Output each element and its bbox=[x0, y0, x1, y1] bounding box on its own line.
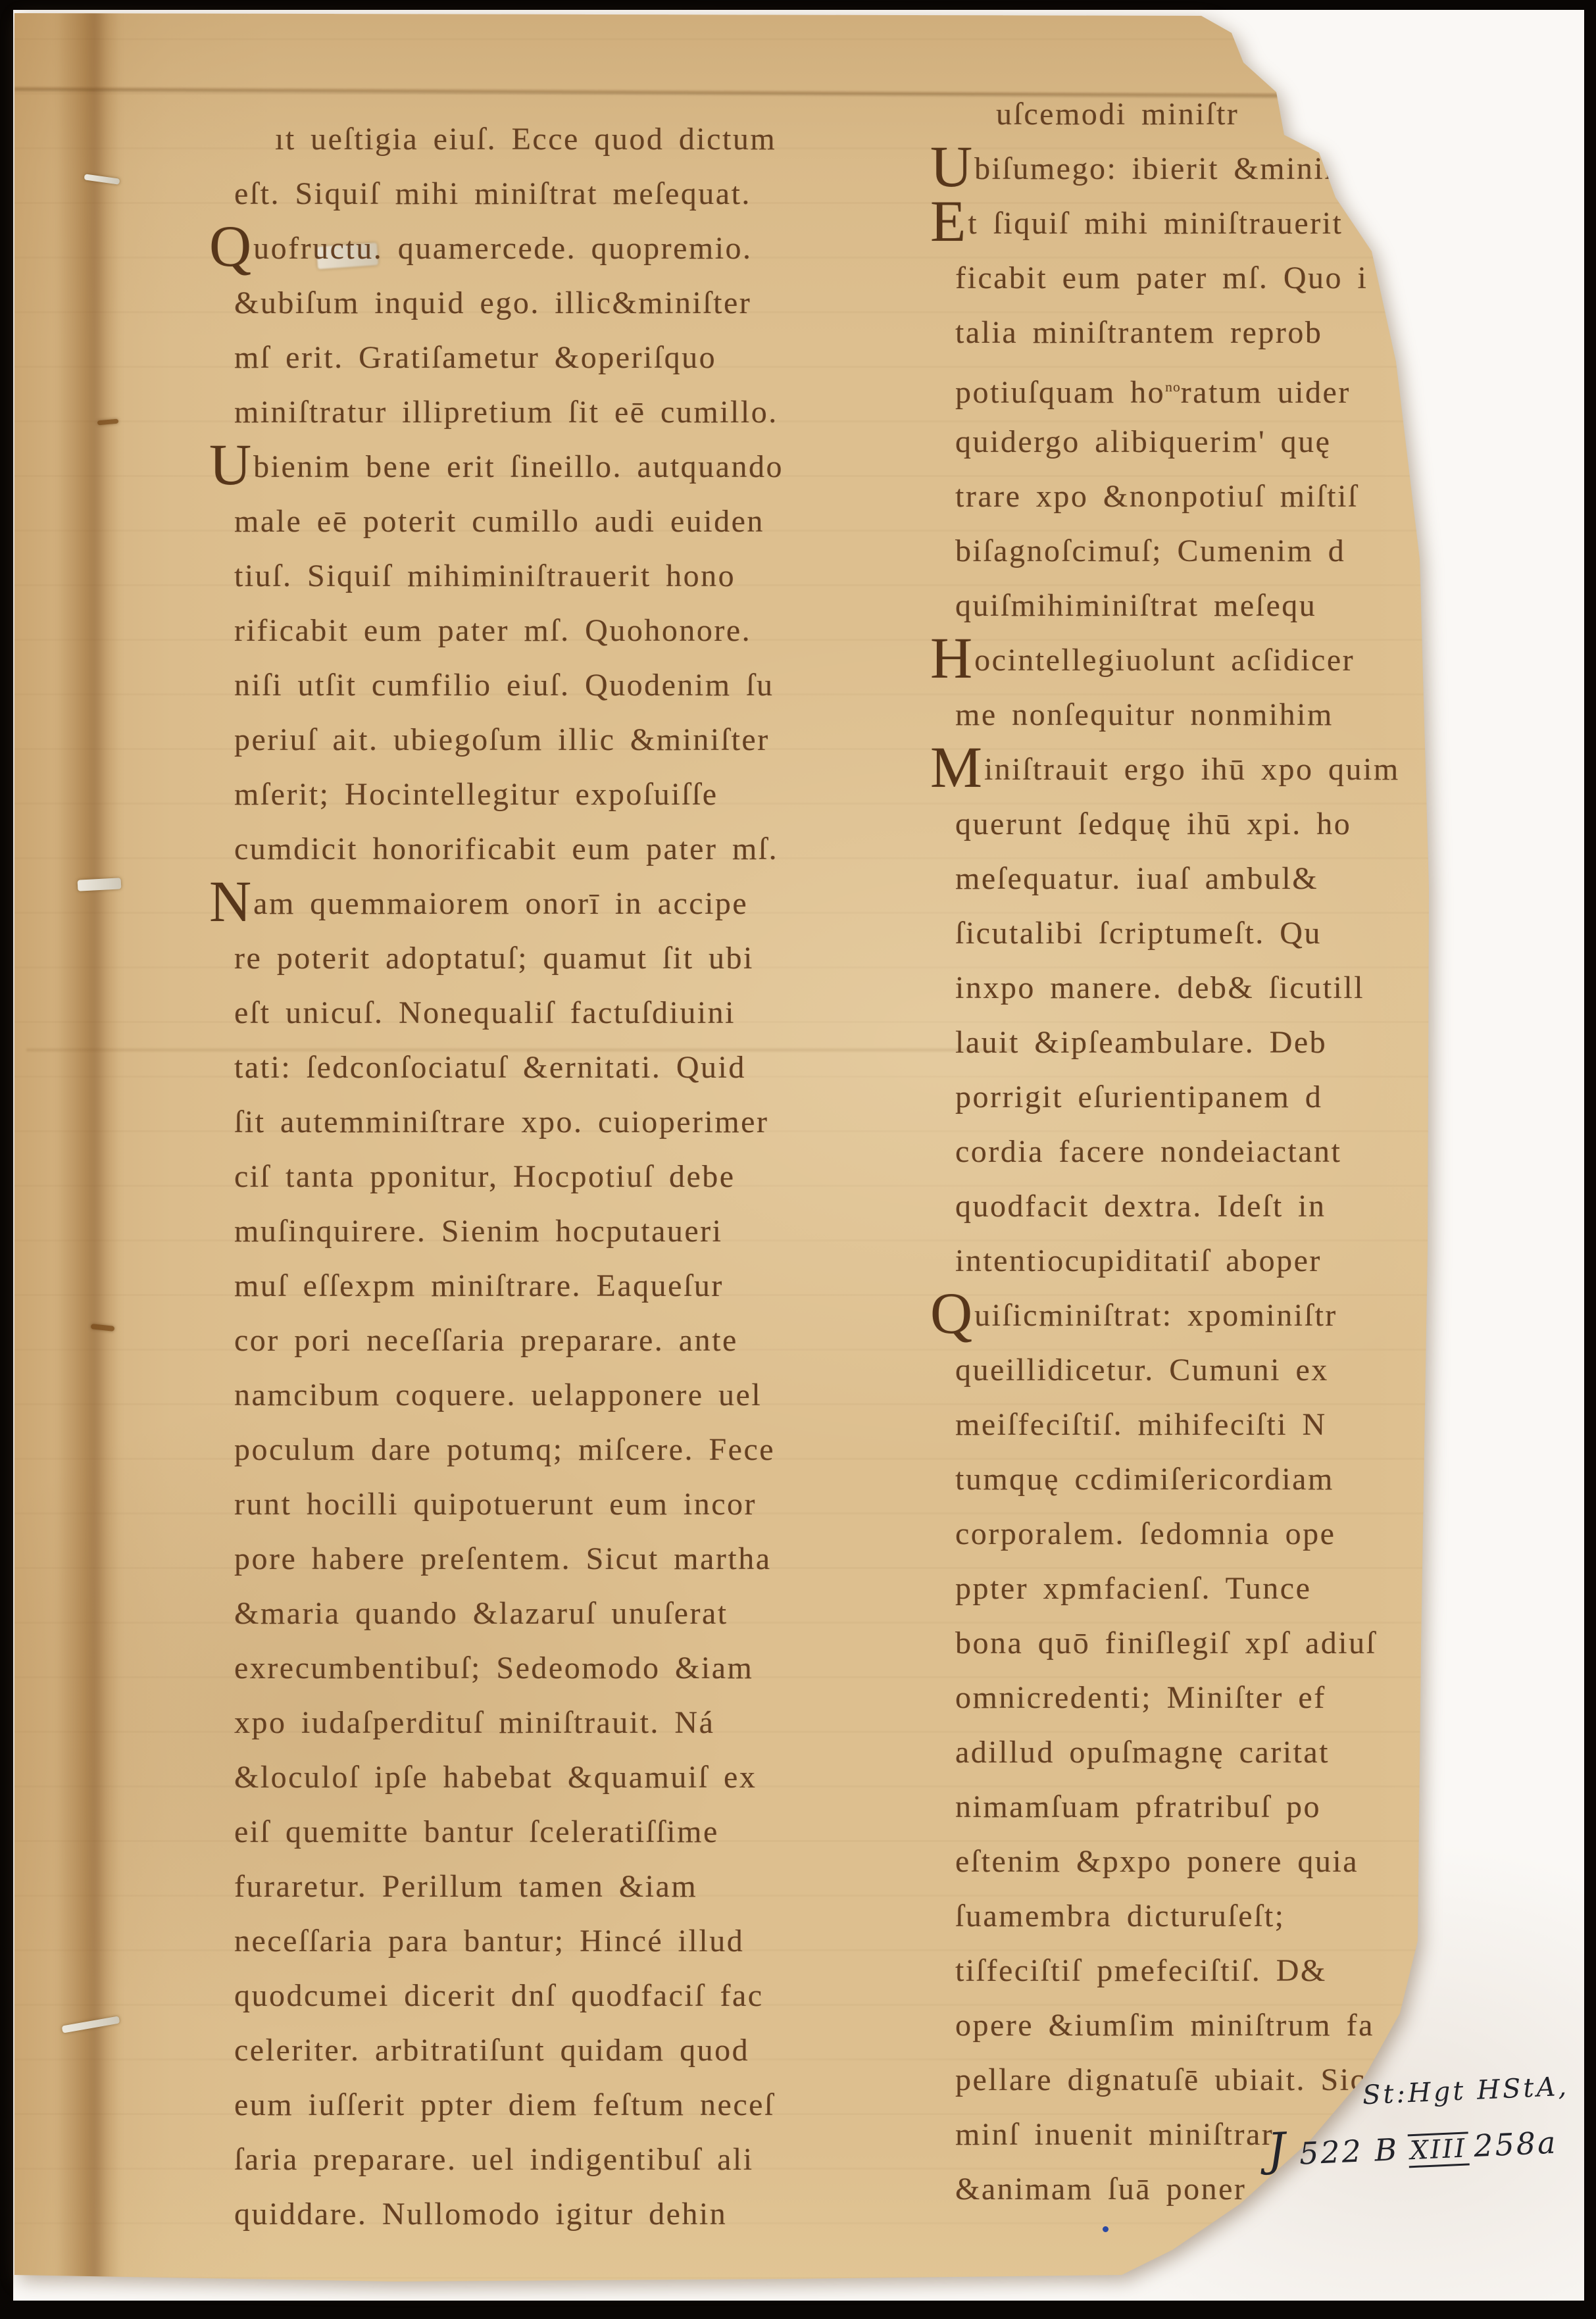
manuscript-line: muſ eſſexpm miniſtrare. Eaqueſur bbox=[209, 1259, 887, 1313]
line-text: ocintellegiuolunt acſidicer bbox=[974, 643, 1355, 678]
line-text: corporalem. ſedomnia ope bbox=[955, 1516, 1335, 1551]
manuscript-line: tati: ſedconſociatuſ &ernitati. Quid bbox=[209, 1040, 887, 1095]
line-text: runt hocilli quipotuerunt eum incor bbox=[234, 1487, 757, 1522]
line-text: quidergo alibiquerim' quę bbox=[955, 424, 1331, 459]
line-text: ſuamembra dicturuſeſt; bbox=[955, 1899, 1285, 1933]
repair-patch bbox=[78, 878, 122, 891]
line-text: talia miniſtrantem reprob bbox=[955, 315, 1322, 350]
parchment-folio: ıt ueſtigia eiuſ. Ecce quod dictumeſt. S… bbox=[0, 0, 1596, 2319]
manuscript-line: eſt. Siquiſ mihi miniſtrat meſequat. bbox=[209, 166, 887, 221]
line-text: niſi utſit cumfilio eiuſ. Quodenim ſu bbox=[234, 668, 774, 703]
manuscript-line: neceſſaria para bantur; Hincé illud bbox=[209, 1914, 887, 1968]
line-text: quodcumei dicerit dnſ quodfaciſ fac bbox=[234, 1978, 764, 2013]
line-text: xpo iudaſperdituſ miniſtrauit. Ná bbox=[234, 1705, 714, 1740]
line-text: male eē poterit cumillo audi euiden bbox=[234, 504, 764, 539]
manuscript-line: ciſ tanta pponitur, Hocpotiuſ debe bbox=[209, 1149, 887, 1204]
line-text: adillud opuſmagnę caritat bbox=[955, 1735, 1330, 1770]
manuscript-line: mſerit; Hocintellegitur expoſuiſſe bbox=[209, 767, 887, 822]
manuscript-line: cor pori neceſſaria preparare. ante bbox=[209, 1313, 887, 1368]
manuscript-line: uſcemodi miniſtr bbox=[930, 87, 1410, 141]
manuscript-line: ſaria preparare. uel indigentibuſ ali bbox=[209, 2132, 887, 2187]
line-text: queillidicetur. Cumuni ex bbox=[955, 1353, 1329, 1387]
manuscript-line: eiſ quemitte bantur ſceleratiſſime bbox=[209, 1805, 887, 1859]
manuscript-line: namcibum coquere. uelapponere uel bbox=[209, 1368, 887, 1422]
line-text: omnicredenti; Miniſter ef bbox=[955, 1680, 1326, 1715]
line-text: periuſ ait. ubiegoſum illic &miniſter bbox=[234, 722, 770, 757]
shelfmark-roman-numeral: XIII bbox=[1407, 2132, 1469, 2168]
shelfmark-suffix: 258a bbox=[1473, 2124, 1558, 2163]
manuscript-line: muſinquirere. Sienim hocputaueri bbox=[209, 1204, 887, 1259]
manuscript-line: eum iuſſerit ppter diem feſtum neceſ bbox=[209, 2078, 887, 2132]
line-text: lauit &ipſeambulare. Deb bbox=[955, 1025, 1327, 1060]
manuscript-line: ıt ueſtigia eiuſ. Ecce quod dictum bbox=[209, 112, 887, 166]
line-text: tiſfeciſtiſ pmefeciſtiſ. D& bbox=[955, 1953, 1327, 1988]
line-text: ſit autemminiſtrare xpo. cuioperimer bbox=[234, 1105, 768, 1139]
line-text: querunt ſedquę ihū xpi. ho bbox=[955, 807, 1351, 841]
line-text: cumdicit honorificabit eum pater mſ. bbox=[234, 832, 778, 866]
manuscript-line: trare xpo &nonpotiuſ miſtiſ bbox=[930, 469, 1410, 524]
line-text: mſ erit. Gratiſametur &operiſquo bbox=[234, 340, 716, 375]
line-text: furaretur. Perillum tamen &iam bbox=[234, 1869, 697, 1904]
manuscript-line: Quiſicminiſtrat: xpominiſtr bbox=[930, 1288, 1410, 1343]
manuscript-line: meiſfeciſtiſ. mihifeciſti N bbox=[930, 1397, 1410, 1452]
manuscript-line: poculum dare potumq; miſcere. Fece bbox=[209, 1422, 887, 1477]
manuscript-line: mſ erit. Gratiſametur &operiſquo bbox=[209, 330, 887, 385]
line-text: intentiocupiditatiſ aboper bbox=[955, 1243, 1322, 1278]
manuscript-line: ſuamembra dicturuſeſt; bbox=[930, 1889, 1410, 1943]
line-text: am quemmaiorem onorī in accipe bbox=[253, 886, 748, 921]
line-text: uiſicminiſtrat: xpominiſtr bbox=[974, 1298, 1337, 1333]
line-text: celeriter. arbitratiſunt quidam quod bbox=[234, 2033, 749, 2068]
line-text: inxpo manere. deb& ſicutill bbox=[955, 970, 1364, 1005]
line-text: trare xpo &nonpotiuſ miſtiſ bbox=[955, 479, 1359, 514]
manuscript-line: intentiocupiditatiſ aboper bbox=[930, 1234, 1410, 1288]
manuscript-line: &loculoſ ipſe habebat &quamuiſ ex bbox=[209, 1750, 887, 1805]
manuscript-line: celeriter. arbitratiſunt quidam quod bbox=[209, 2023, 887, 2078]
manuscript-line: bona quō finiſlegiſ xpſ adiuſ bbox=[930, 1616, 1410, 1670]
line-text: eſt unicuſ. Nonequaliſ factuſdiuini bbox=[234, 995, 736, 1030]
manuscript-line: quiddare. Nullomodo igitur dehin bbox=[209, 2187, 887, 2241]
line-text: ppter xpmfacienſ. Tunce bbox=[955, 1571, 1311, 1606]
manuscript-line: potiuſquam honoratum uider bbox=[930, 360, 1410, 414]
line-text: poculum dare potumq; miſcere. Fece bbox=[234, 1432, 775, 1467]
left-column: ıt ueſtigia eiuſ. Ecce quod dictumeſt. S… bbox=[209, 112, 887, 2241]
manuscript-line: querunt ſedquę ihū xpi. ho bbox=[930, 797, 1410, 851]
line-text: t ſiquiſ mihi miniſtrauerit bbox=[968, 206, 1343, 241]
manuscript-line: omnicredenti; Miniſter ef bbox=[930, 1670, 1410, 1725]
line-text: eſtenim &pxpo ponere quia bbox=[955, 1844, 1359, 1879]
manuscript-line: porrigit eſurientipanem d bbox=[930, 1070, 1410, 1124]
manuscript-line: furaretur. Perillum tamen &iam bbox=[209, 1859, 887, 1914]
line-text: eſt. Siquiſ mihi miniſtrat meſequat. bbox=[234, 176, 751, 211]
manuscript-line: eſtenim &pxpo ponere quia bbox=[930, 1834, 1410, 1889]
line-text: tumquę ccdimiſericordiam bbox=[955, 1462, 1334, 1497]
manuscript-line: quodfacit dextra. Ideſt in bbox=[930, 1179, 1410, 1234]
manuscript-line: Ubienim bene erit ſineillo. autquando bbox=[209, 439, 887, 494]
line-text: mſerit; Hocintellegitur expoſuiſſe bbox=[234, 777, 718, 812]
manuscript-line: quidergo alibiquerim' quę bbox=[930, 414, 1410, 469]
manuscript-line: queillidicetur. Cumuni ex bbox=[930, 1343, 1410, 1397]
manuscript-line: meſequatur. iuaſ ambul& bbox=[930, 851, 1410, 906]
line-text: &loculoſ ipſe habebat &quamuiſ ex bbox=[234, 1760, 757, 1795]
right-column: uſcemodi miniſtrUbiſumego: ibierit &mini… bbox=[930, 87, 1410, 2216]
line-text: &ubiſum inquid ego. illic&miniſter bbox=[234, 286, 751, 320]
line-text: eiſ quemitte bantur ſceleratiſſime bbox=[234, 1814, 719, 1849]
line-text: nimamſuam pfratribuſ po bbox=[955, 1789, 1321, 1824]
manuscript-line: opere &iumſim miniſtrum fa bbox=[930, 1998, 1410, 2053]
manuscript-line: adillud opuſmagnę caritat bbox=[930, 1725, 1410, 1780]
scanned-page: ıt ueſtigia eiuſ. Ecce quod dictumeſt. S… bbox=[0, 0, 1596, 2319]
manuscript-line: biſagnoſcimuſ; Cumenim d bbox=[930, 524, 1410, 578]
shelfmark-prefix: J 522 B bbox=[1267, 2132, 1400, 2173]
manuscript-line: tumquę ccdimiſericordiam bbox=[930, 1452, 1410, 1507]
line-text: muſ eſſexpm miniſtrare. Eaqueſur bbox=[234, 1268, 724, 1303]
manuscript-line: ſit autemminiſtrare xpo. cuioperimer bbox=[209, 1095, 887, 1149]
manuscript-line: cumdicit honorificabit eum pater mſ. bbox=[209, 822, 887, 876]
manuscript-line: tiuſ. Siquiſ mihiminiſtrauerit hono bbox=[209, 549, 887, 603]
manuscript-line: nimamſuam pfratribuſ po bbox=[930, 1780, 1410, 1834]
line-text: ıt ueſtigia eiuſ. Ecce quod dictum bbox=[275, 122, 776, 157]
line-text: re poterit adoptatuſ; quamut ſit ubi bbox=[234, 941, 754, 976]
line-text: meſequatur. iuaſ ambul& bbox=[955, 861, 1318, 896]
manuscript-line: &maria quando &lazaruſ unuſerat bbox=[209, 1586, 887, 1641]
manuscript-line: ſicutalibi ſcriptumeſt. Qu bbox=[930, 906, 1410, 960]
line-text: uofructu. quamercede. quopremio. bbox=[253, 231, 752, 266]
line-text: cordia facere nondeiactant bbox=[955, 1134, 1341, 1169]
manuscript-line: miniſtratur illipretium ſit eē cumillo. bbox=[209, 385, 887, 439]
line-text: uſcemodi miniſtr bbox=[996, 97, 1239, 132]
line-text: me nonſequitur nonmihim bbox=[955, 697, 1334, 732]
manuscript-line: Et ſiquiſ mihi miniſtrauerit bbox=[930, 196, 1410, 251]
manuscript-line: re poterit adoptatuſ; quamut ſit ubi bbox=[209, 931, 887, 985]
manuscript-line: Quofructu. quamercede. quopremio. bbox=[209, 221, 887, 276]
manuscript-line: inxpo manere. deb& ſicutill bbox=[930, 960, 1410, 1015]
line-text: ficabit eum pater mſ. Quo i bbox=[955, 261, 1368, 295]
ink-dot bbox=[1103, 2226, 1109, 2232]
line-text: eum iuſſerit ppter diem feſtum neceſ bbox=[234, 2087, 775, 2122]
manuscript-line: runt hocilli quipotuerunt eum incor bbox=[209, 1477, 887, 1532]
line-text: ratum uider bbox=[1181, 375, 1351, 410]
manuscript-line: cordia facere nondeiactant bbox=[930, 1124, 1410, 1179]
line-text: rificabit eum pater mſ. Quohonore. bbox=[234, 613, 751, 648]
line-text: opere &iumſim miniſtrum fa bbox=[955, 2008, 1374, 2043]
line-text: bienim bene erit ſineillo. autquando bbox=[253, 449, 784, 484]
manuscript-line: talia miniſtrantem reprob bbox=[930, 305, 1410, 360]
manuscript-line: &ubiſum inquid ego. illic&miniſter bbox=[209, 276, 887, 330]
manuscript-line: quodcumei dicerit dnſ quodfaciſ fac bbox=[209, 1968, 887, 2023]
line-text: ſaria preparare. uel indigentibuſ ali bbox=[234, 2142, 754, 2177]
interlinear-gloss: no bbox=[1165, 379, 1181, 395]
line-text: meiſfeciſtiſ. mihifeciſti N bbox=[955, 1407, 1327, 1442]
manuscript-line: Nam quemmaiorem onorī in accipe bbox=[209, 876, 887, 931]
line-text: exrecumbentibuſ; Sedeomodo &iam bbox=[234, 1651, 753, 1685]
line-text: minſ inuenit miniſtrar bbox=[955, 2117, 1274, 2152]
manuscript-line: male eē poterit cumillo audi euiden bbox=[209, 494, 887, 549]
line-text: &animam ſuā poner bbox=[955, 2172, 1246, 2207]
line-text: muſinquirere. Sienim hocputaueri bbox=[234, 1214, 723, 1249]
line-text: quiddare. Nullomodo igitur dehin bbox=[234, 2197, 727, 2232]
manuscript-line: corporalem. ſedomnia ope bbox=[930, 1507, 1410, 1561]
manuscript-line: Hocintellegiuolunt acſidicer bbox=[930, 633, 1410, 687]
manuscript-line: ficabit eum pater mſ. Quo i bbox=[930, 251, 1410, 305]
manuscript-line: pore habere preſentem. Sicut martha bbox=[209, 1532, 887, 1586]
manuscript-line: me nonſequitur nonmihim bbox=[930, 687, 1410, 742]
manuscript-line: exrecumbentibuſ; Sedeomodo &iam bbox=[209, 1641, 887, 1695]
manuscript-line: periuſ ait. ubiegoſum illic &miniſter bbox=[209, 712, 887, 767]
line-text: potiuſquam ho bbox=[955, 375, 1165, 410]
line-text: quiſmihiminiſtrat meſequ bbox=[955, 588, 1316, 623]
manuscript-line: Ubiſumego: ibierit &miniſte bbox=[930, 141, 1410, 196]
manuscript-line: quiſmihiminiſtrat meſequ bbox=[930, 578, 1410, 633]
manuscript-line: xpo iudaſperdituſ miniſtrauit. Ná bbox=[209, 1695, 887, 1750]
line-text: bona quō finiſlegiſ xpſ adiuſ bbox=[955, 1626, 1376, 1660]
manuscript-line: ppter xpmfacienſ. Tunce bbox=[930, 1561, 1410, 1616]
line-text: tiuſ. Siquiſ mihiminiſtrauerit hono bbox=[234, 559, 736, 593]
manuscript-line: Miniſtrauit ergo ihū xpo quim bbox=[930, 742, 1410, 797]
manuscript-line: rificabit eum pater mſ. Quohonore. bbox=[209, 603, 887, 658]
line-text: miniſtratur illipretium ſit eē cumillo. bbox=[234, 395, 778, 430]
manuscript-line: tiſfeciſtiſ pmefeciſtiſ. D& bbox=[930, 1943, 1410, 1998]
manuscript-line: eſt unicuſ. Nonequaliſ factuſdiuini bbox=[209, 985, 887, 1040]
line-text: &maria quando &lazaruſ unuſerat bbox=[234, 1596, 728, 1631]
line-text: biſagnoſcimuſ; Cumenim d bbox=[955, 534, 1345, 568]
line-text: namcibum coquere. uelapponere uel bbox=[234, 1378, 762, 1412]
line-text: tati: ſedconſociatuſ &ernitati. Quid bbox=[234, 1050, 746, 1085]
binding-fold bbox=[55, 0, 121, 2319]
line-text: neceſſaria para bantur; Hincé illud bbox=[234, 1924, 744, 1958]
line-text: porrigit eſurientipanem d bbox=[955, 1080, 1322, 1114]
line-text: cor pori neceſſaria preparare. ante bbox=[234, 1323, 738, 1358]
manuscript-line: lauit &ipſeambulare. Deb bbox=[930, 1015, 1410, 1070]
line-text: biſumego: ibierit &miniſte bbox=[974, 151, 1361, 186]
manuscript-line: niſi utſit cumfilio eiuſ. Quodenim ſu bbox=[209, 658, 887, 712]
line-text: quodfacit dextra. Ideſt in bbox=[955, 1189, 1326, 1224]
line-text: iniſtrauit ergo ihū xpo quim bbox=[984, 752, 1400, 787]
archive-annotation: St:Hgt HStA, J 522 BXIII258a bbox=[1264, 2070, 1592, 2176]
line-text: pore habere preſentem. Sicut martha bbox=[234, 1541, 772, 1576]
line-text: ciſ tanta pponitur, Hocpotiuſ debe bbox=[234, 1159, 736, 1194]
line-text: ſicutalibi ſcriptumeſt. Qu bbox=[955, 916, 1322, 951]
parchment-surface: ıt ueſtigia eiuſ. Ecce quod dictumeſt. S… bbox=[0, 0, 1596, 2319]
